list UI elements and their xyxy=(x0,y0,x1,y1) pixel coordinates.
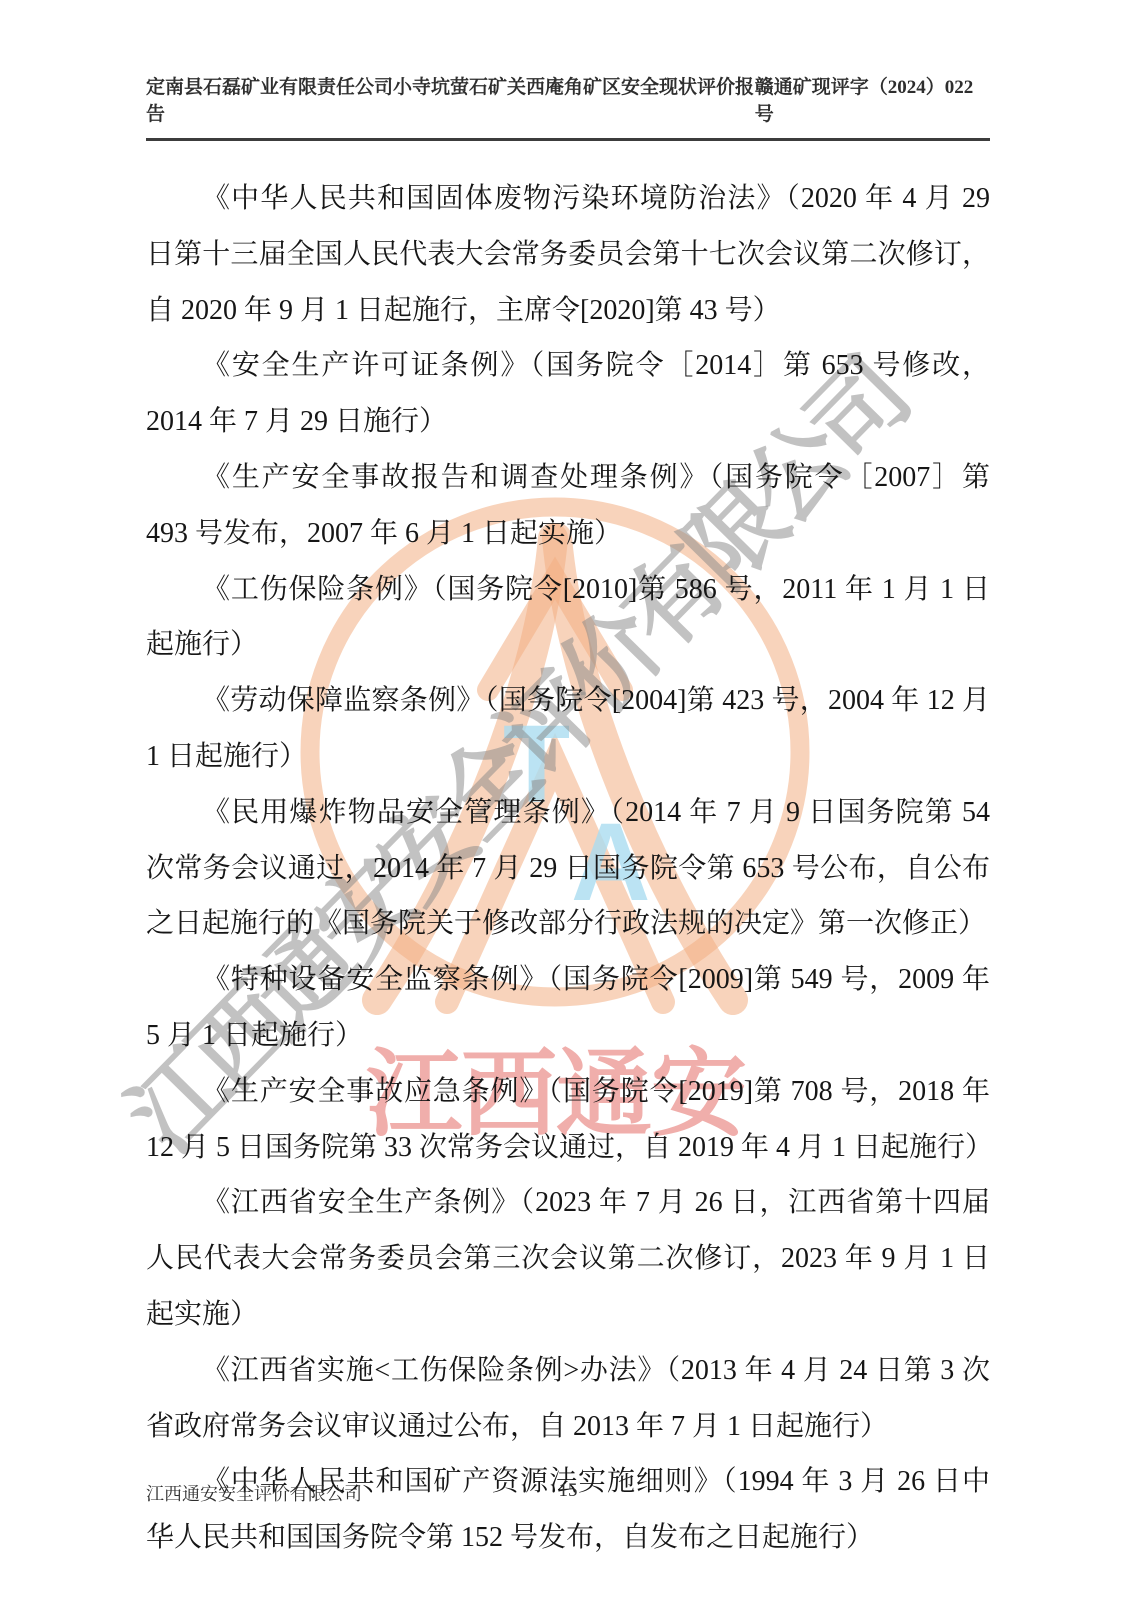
page-header: 定南县石磊矿业有限责任公司小寺坑萤石矿关西庵角矿区安全现状评价报告 赣通矿现评字… xyxy=(146,0,990,141)
paragraph-law: 《中华人民共和国固体废物污染环境防治法》（2020 年 4 月 29 日第十三届… xyxy=(146,171,990,338)
paragraph-law: 《中华人民共和国矿产资源法实施细则》（1994 年 3 月 26 日中华人民共和… xyxy=(146,1454,990,1566)
paragraph-law: 《民用爆炸物品安全管理条例》（2014 年 7 月 9 日国务院第 54 次常务… xyxy=(146,785,990,952)
header-doc-number: 赣通矿现评字（2024）022 号 xyxy=(755,74,990,128)
paragraph-law: 《特种设备安全监察条例》（国务院令[2009]第 549 号，2009 年 5 … xyxy=(146,952,990,1064)
document-page: T A 江西通安安全评价有限公司 江西通安 定南县石磊矿业有限责任公司小寺坑萤石… xyxy=(0,0,1131,1600)
paragraph-law: 《生产安全事故报告和调查处理条例》（国务院令［2007］第 493 号发布，20… xyxy=(146,450,990,562)
paragraph-law: 《工伤保险条例》（国务院令[2010]第 586 号，2011 年 1 月 1 … xyxy=(146,562,990,674)
page-content: 定南县石磊矿业有限责任公司小寺坑萤石矿关西庵角矿区安全现状评价报告 赣通矿现评字… xyxy=(146,0,990,1600)
page-footer: 15 江西通安安全评价有限公司 xyxy=(146,1480,990,1510)
paragraph-law: 《江西省实施<工伤保险条例>办法》（2013 年 4 月 24 日第 3 次省政… xyxy=(146,1343,990,1455)
paragraph-law: 《江西省安全生产条例》（2023 年 7 月 26 日，江西省第十四届人民代表大… xyxy=(146,1175,990,1342)
paragraph-law: 《生产安全事故应急条例》（国务院令[2019]第 708 号，2018 年 12… xyxy=(146,1064,990,1176)
body-text: 《中华人民共和国固体废物污染环境防治法》（2020 年 4 月 29 日第十三届… xyxy=(146,171,990,1566)
paragraph-law: 《安全生产许可证条例》（国务院令［2014］第 653 号修改，2014 年 7… xyxy=(146,338,990,450)
footer-company-name: 江西通安安全评价有限公司 xyxy=(146,1480,362,1506)
paragraph-law: 《劳动保障监察条例》（国务院令[2004]第 423 号，2004 年 12 月… xyxy=(146,673,990,785)
header-report-title: 定南县石磊矿业有限责任公司小寺坑萤石矿关西庵角矿区安全现状评价报告 xyxy=(146,74,755,128)
